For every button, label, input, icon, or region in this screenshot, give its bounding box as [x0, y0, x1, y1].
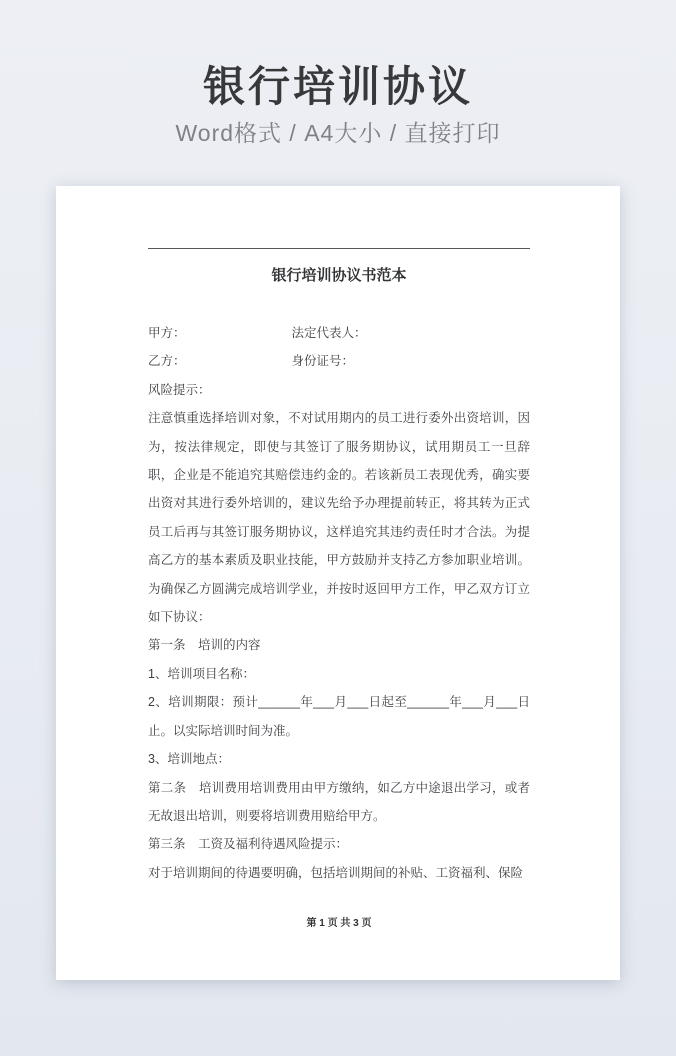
banner-title: 银行培训协议	[0, 64, 676, 110]
article-3-heading: 第三条 工资及福利待遇风险提示：	[148, 830, 530, 858]
legal-rep-label: 法定代表人：	[291, 326, 366, 340]
article-1-heading: 第一条 培训的内容	[148, 631, 530, 659]
banner: 银行培训协议 Word格式 / A4大小 / 直接打印	[0, 0, 676, 146]
page-background: 银行培训协议 Word格式 / A4大小 / 直接打印 银行培训协议书范本 甲方…	[0, 0, 676, 1056]
id-number-label: 身份证号：	[291, 354, 354, 368]
document-title: 银行培训协议书范本	[148, 266, 530, 286]
clause-3-training-location: 3、培训地点：	[148, 745, 530, 773]
risk-notice-paragraph: 注意慎重选择培训对象，不对试用期内的员工进行委外出资培训，因为，按法律规定，即使…	[148, 404, 530, 631]
document-body: 甲方： 法定代表人： 乙方： 身份证号： 风险提示： 注意慎重选择培训对象，不对…	[148, 319, 530, 887]
document-page: 银行培训协议书范本 甲方： 法定代表人： 乙方： 身份证号： 风险提示： 注意慎…	[56, 186, 620, 980]
document-header-rule	[148, 248, 530, 249]
page-number-footer: 第 1 页 共 3 页	[148, 917, 530, 931]
article-2-paragraph: 第二条 培训费用培训费用由甲方缴纳，如乙方中途退出学习，或者无故退出培训，则要将…	[148, 774, 530, 831]
article-3-paragraph: 对于培训期间的待遇要明确，包括培训期间的补贴、工资福利、保险	[148, 859, 530, 887]
clause-2-training-period: 2、培训期限：预计______年___月___日起至______年___月___…	[148, 688, 530, 745]
clause-1-project-name: 1、培训项目名称：	[148, 660, 530, 688]
party-a-label: 甲方：	[148, 319, 288, 347]
party-a-line: 甲方： 法定代表人：	[148, 319, 530, 347]
party-b-label: 乙方：	[148, 347, 288, 375]
banner-subtitle: Word格式 / A4大小 / 直接打印	[0, 120, 676, 146]
party-b-line: 乙方： 身份证号：	[148, 347, 530, 375]
document-page-content: 银行培训协议书范本 甲方： 法定代表人： 乙方： 身份证号： 风险提示： 注意慎…	[56, 248, 620, 1042]
risk-notice-heading: 风险提示：	[148, 376, 530, 404]
